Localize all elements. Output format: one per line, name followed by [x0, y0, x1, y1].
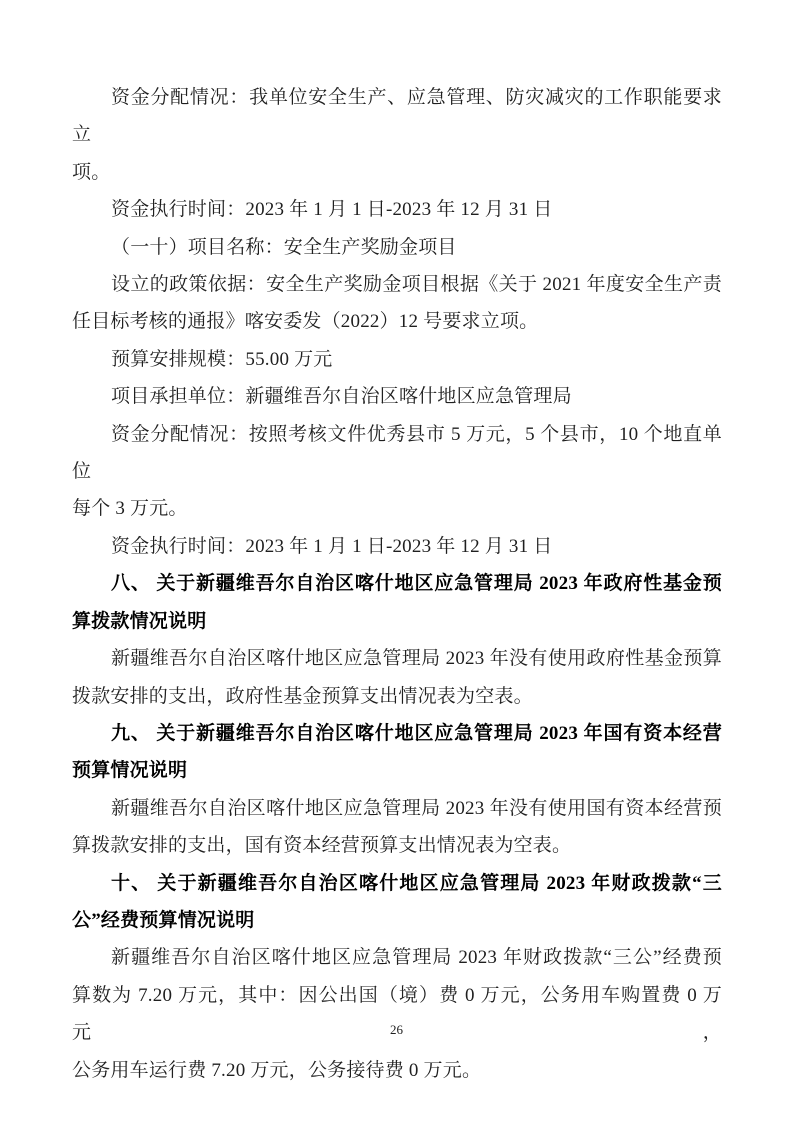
- text-line: 新疆维吾尔自治区喀什地区应急管理局 2023 年没有使用国有资本经营预: [72, 790, 722, 827]
- text-line: 每个 3 万元。: [72, 490, 722, 527]
- section-viii-heading-line: 八、 关于新疆维吾尔自治区喀什地区应急管理局 2023 年政府性基金预: [72, 565, 722, 602]
- section-x-heading-line: 公”经费预算情况说明: [72, 902, 722, 939]
- text-line: 设立的政策依据：安全生产奖励金项目根据《关于 2021 年度安全生产责: [72, 266, 722, 303]
- text-line: 项目承担单位：新疆维吾尔自治区喀什地区应急管理局: [72, 378, 722, 415]
- document-body: 资金分配情况：我单位安全生产、应急管理、防灾减灾的工作职能要求立 项。 资金执行…: [72, 79, 722, 1089]
- text-line: 算拨款安排的支出，国有资本经营预算支出情况表为空表。: [72, 827, 722, 864]
- text-line: 项。: [72, 154, 722, 191]
- text-line: 新疆维吾尔自治区喀什地区应急管理局 2023 年财政拨款“三公”经费预: [72, 939, 722, 976]
- text-line: 新疆维吾尔自治区喀什地区应急管理局 2023 年没有使用政府性基金预算: [72, 640, 722, 677]
- section-x-heading-line: 十、 关于新疆维吾尔自治区喀什地区应急管理局 2023 年财政拨款“三: [72, 865, 722, 902]
- text-line: 算数为 7.20 万元，其中：因公出国（境）费 0 万元，公务用车购置费 0 万…: [72, 977, 722, 1052]
- section-viii-heading-line: 算拨款情况说明: [72, 603, 722, 640]
- page-number: 26: [0, 1022, 793, 1038]
- text-line: 拨款安排的支出，政府性基金预算支出情况表为空表。: [72, 678, 722, 715]
- text-line: 资金执行时间：2023 年 1 月 1 日-2023 年 12 月 31 日: [72, 191, 722, 228]
- section-ix-heading-line: 九、 关于新疆维吾尔自治区喀什地区应急管理局 2023 年国有资本经营: [72, 715, 722, 752]
- text-line: 公务用车运行费 7.20 万元，公务接待费 0 万元。: [72, 1052, 722, 1089]
- text-line: 资金执行时间：2023 年 1 月 1 日-2023 年 12 月 31 日: [72, 528, 722, 565]
- text-line: 资金分配情况：按照考核文件优秀县市 5 万元，5 个县市，10 个地直单位: [72, 416, 722, 491]
- text-line: 资金分配情况：我单位安全生产、应急管理、防灾减灾的工作职能要求立: [72, 79, 722, 154]
- text-line: 预算安排规模：55.00 万元: [72, 341, 722, 378]
- section-ix-heading-line: 预算情况说明: [72, 752, 722, 789]
- text-line: 任目标考核的通报》喀安委发（2022）12 号要求立项。: [72, 303, 722, 340]
- text-line: （一十）项目名称：安全生产奖励金项目: [72, 229, 722, 266]
- document-page: 资金分配情况：我单位安全生产、应急管理、防灾减灾的工作职能要求立 项。 资金执行…: [0, 0, 793, 1122]
